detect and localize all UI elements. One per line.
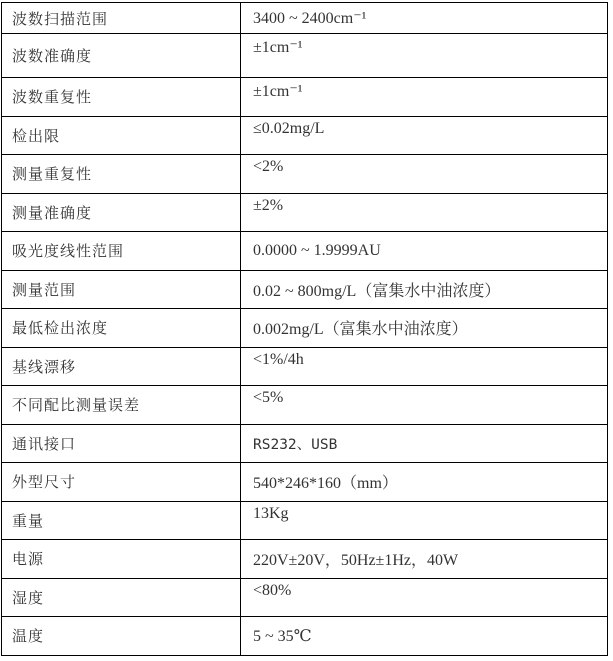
spec-parameter-label: 重量 bbox=[2, 501, 241, 540]
spec-parameter-label: 测量范围 bbox=[2, 270, 241, 309]
spec-parameter-label: 电源 bbox=[2, 540, 241, 579]
table-row: 吸光度线性范围0.0000 ~ 1.9999AU bbox=[2, 232, 608, 271]
spec-parameter-label: 基线漂移 bbox=[2, 347, 241, 386]
spec-parameter-label: 测量重复性 bbox=[2, 155, 241, 194]
table-row: 检出限≤0.02mg/L bbox=[2, 116, 608, 155]
table-row: 温度5 ~ 35℃ bbox=[2, 617, 608, 656]
table-row: 不同配比测量误差<5% bbox=[2, 386, 608, 425]
spec-parameter-value: <1%/4h bbox=[241, 347, 608, 386]
spec-parameter-value: 3400 ~ 2400cm⁻¹ bbox=[241, 3, 608, 34]
table-row: 测量准确度±2% bbox=[2, 193, 608, 232]
spec-parameter-value: 0.0000 ~ 1.9999AU bbox=[241, 232, 608, 271]
spec-parameter-label: 最低检出浓度 bbox=[2, 309, 241, 348]
spec-parameter-label: 吸光度线性范围 bbox=[2, 232, 241, 271]
table-row: 重量13Kg bbox=[2, 501, 608, 540]
table-row: 外型尺寸540*246*160（mm） bbox=[2, 463, 608, 502]
spec-parameter-label: 通讯接口 bbox=[2, 424, 241, 463]
spec-parameter-value: 220V±20V，50Hz±1Hz，40W bbox=[241, 540, 608, 579]
spec-parameter-label: 测量准确度 bbox=[2, 193, 241, 232]
spec-parameter-value: 0.02 ~ 800mg/L（富集水中油浓度） bbox=[241, 270, 608, 309]
spec-parameter-value: <5% bbox=[241, 386, 608, 425]
spec-parameter-value: ±1cm⁻¹ bbox=[241, 34, 608, 78]
table-row: 波数准确度±1cm⁻¹ bbox=[2, 34, 608, 78]
spec-parameter-value: 5 ~ 35℃ bbox=[241, 617, 608, 656]
table-row: 波数重复性±1cm⁻¹ bbox=[2, 78, 608, 117]
spec-parameter-value: ±2% bbox=[241, 193, 608, 232]
spec-parameter-value: <2% bbox=[241, 155, 608, 194]
spec-parameter-label: 波数准确度 bbox=[2, 34, 241, 78]
table-row: 通讯接口RS232、USB bbox=[2, 424, 608, 463]
table-row: 测量重复性<2% bbox=[2, 155, 608, 194]
table-row: 基线漂移<1%/4h bbox=[2, 347, 608, 386]
table-row: 波数扫描范围3400 ~ 2400cm⁻¹ bbox=[2, 3, 608, 34]
table-row: 最低检出浓度0.002mg/L（富集水中油浓度） bbox=[2, 309, 608, 348]
table-row: 测量范围0.02 ~ 800mg/L（富集水中油浓度） bbox=[2, 270, 608, 309]
spec-parameter-value: ≤0.02mg/L bbox=[241, 116, 608, 155]
table-row: 电源220V±20V，50Hz±1Hz，40W bbox=[2, 540, 608, 579]
spec-parameter-value: <80% bbox=[241, 578, 608, 617]
spec-table: 波数扫描范围3400 ~ 2400cm⁻¹波数准确度±1cm⁻¹波数重复性±1c… bbox=[1, 2, 608, 656]
spec-parameter-value: ±1cm⁻¹ bbox=[241, 78, 608, 117]
spec-table-body: 波数扫描范围3400 ~ 2400cm⁻¹波数准确度±1cm⁻¹波数重复性±1c… bbox=[2, 3, 608, 656]
spec-parameter-label: 波数扫描范围 bbox=[2, 3, 241, 34]
spec-parameter-label: 温度 bbox=[2, 617, 241, 656]
spec-parameter-value: 13Kg bbox=[241, 501, 608, 540]
table-row: 湿度<80% bbox=[2, 578, 608, 617]
spec-parameter-label: 检出限 bbox=[2, 116, 241, 155]
spec-parameter-label: 外型尺寸 bbox=[2, 463, 241, 502]
spec-parameter-value: 0.002mg/L（富集水中油浓度） bbox=[241, 309, 608, 348]
spec-parameter-label: 湿度 bbox=[2, 578, 241, 617]
spec-parameter-label: 波数重复性 bbox=[2, 78, 241, 117]
spec-parameter-label: 不同配比测量误差 bbox=[2, 386, 241, 425]
spec-parameter-value: RS232、USB bbox=[241, 424, 608, 463]
spec-parameter-value: 540*246*160（mm） bbox=[241, 463, 608, 502]
